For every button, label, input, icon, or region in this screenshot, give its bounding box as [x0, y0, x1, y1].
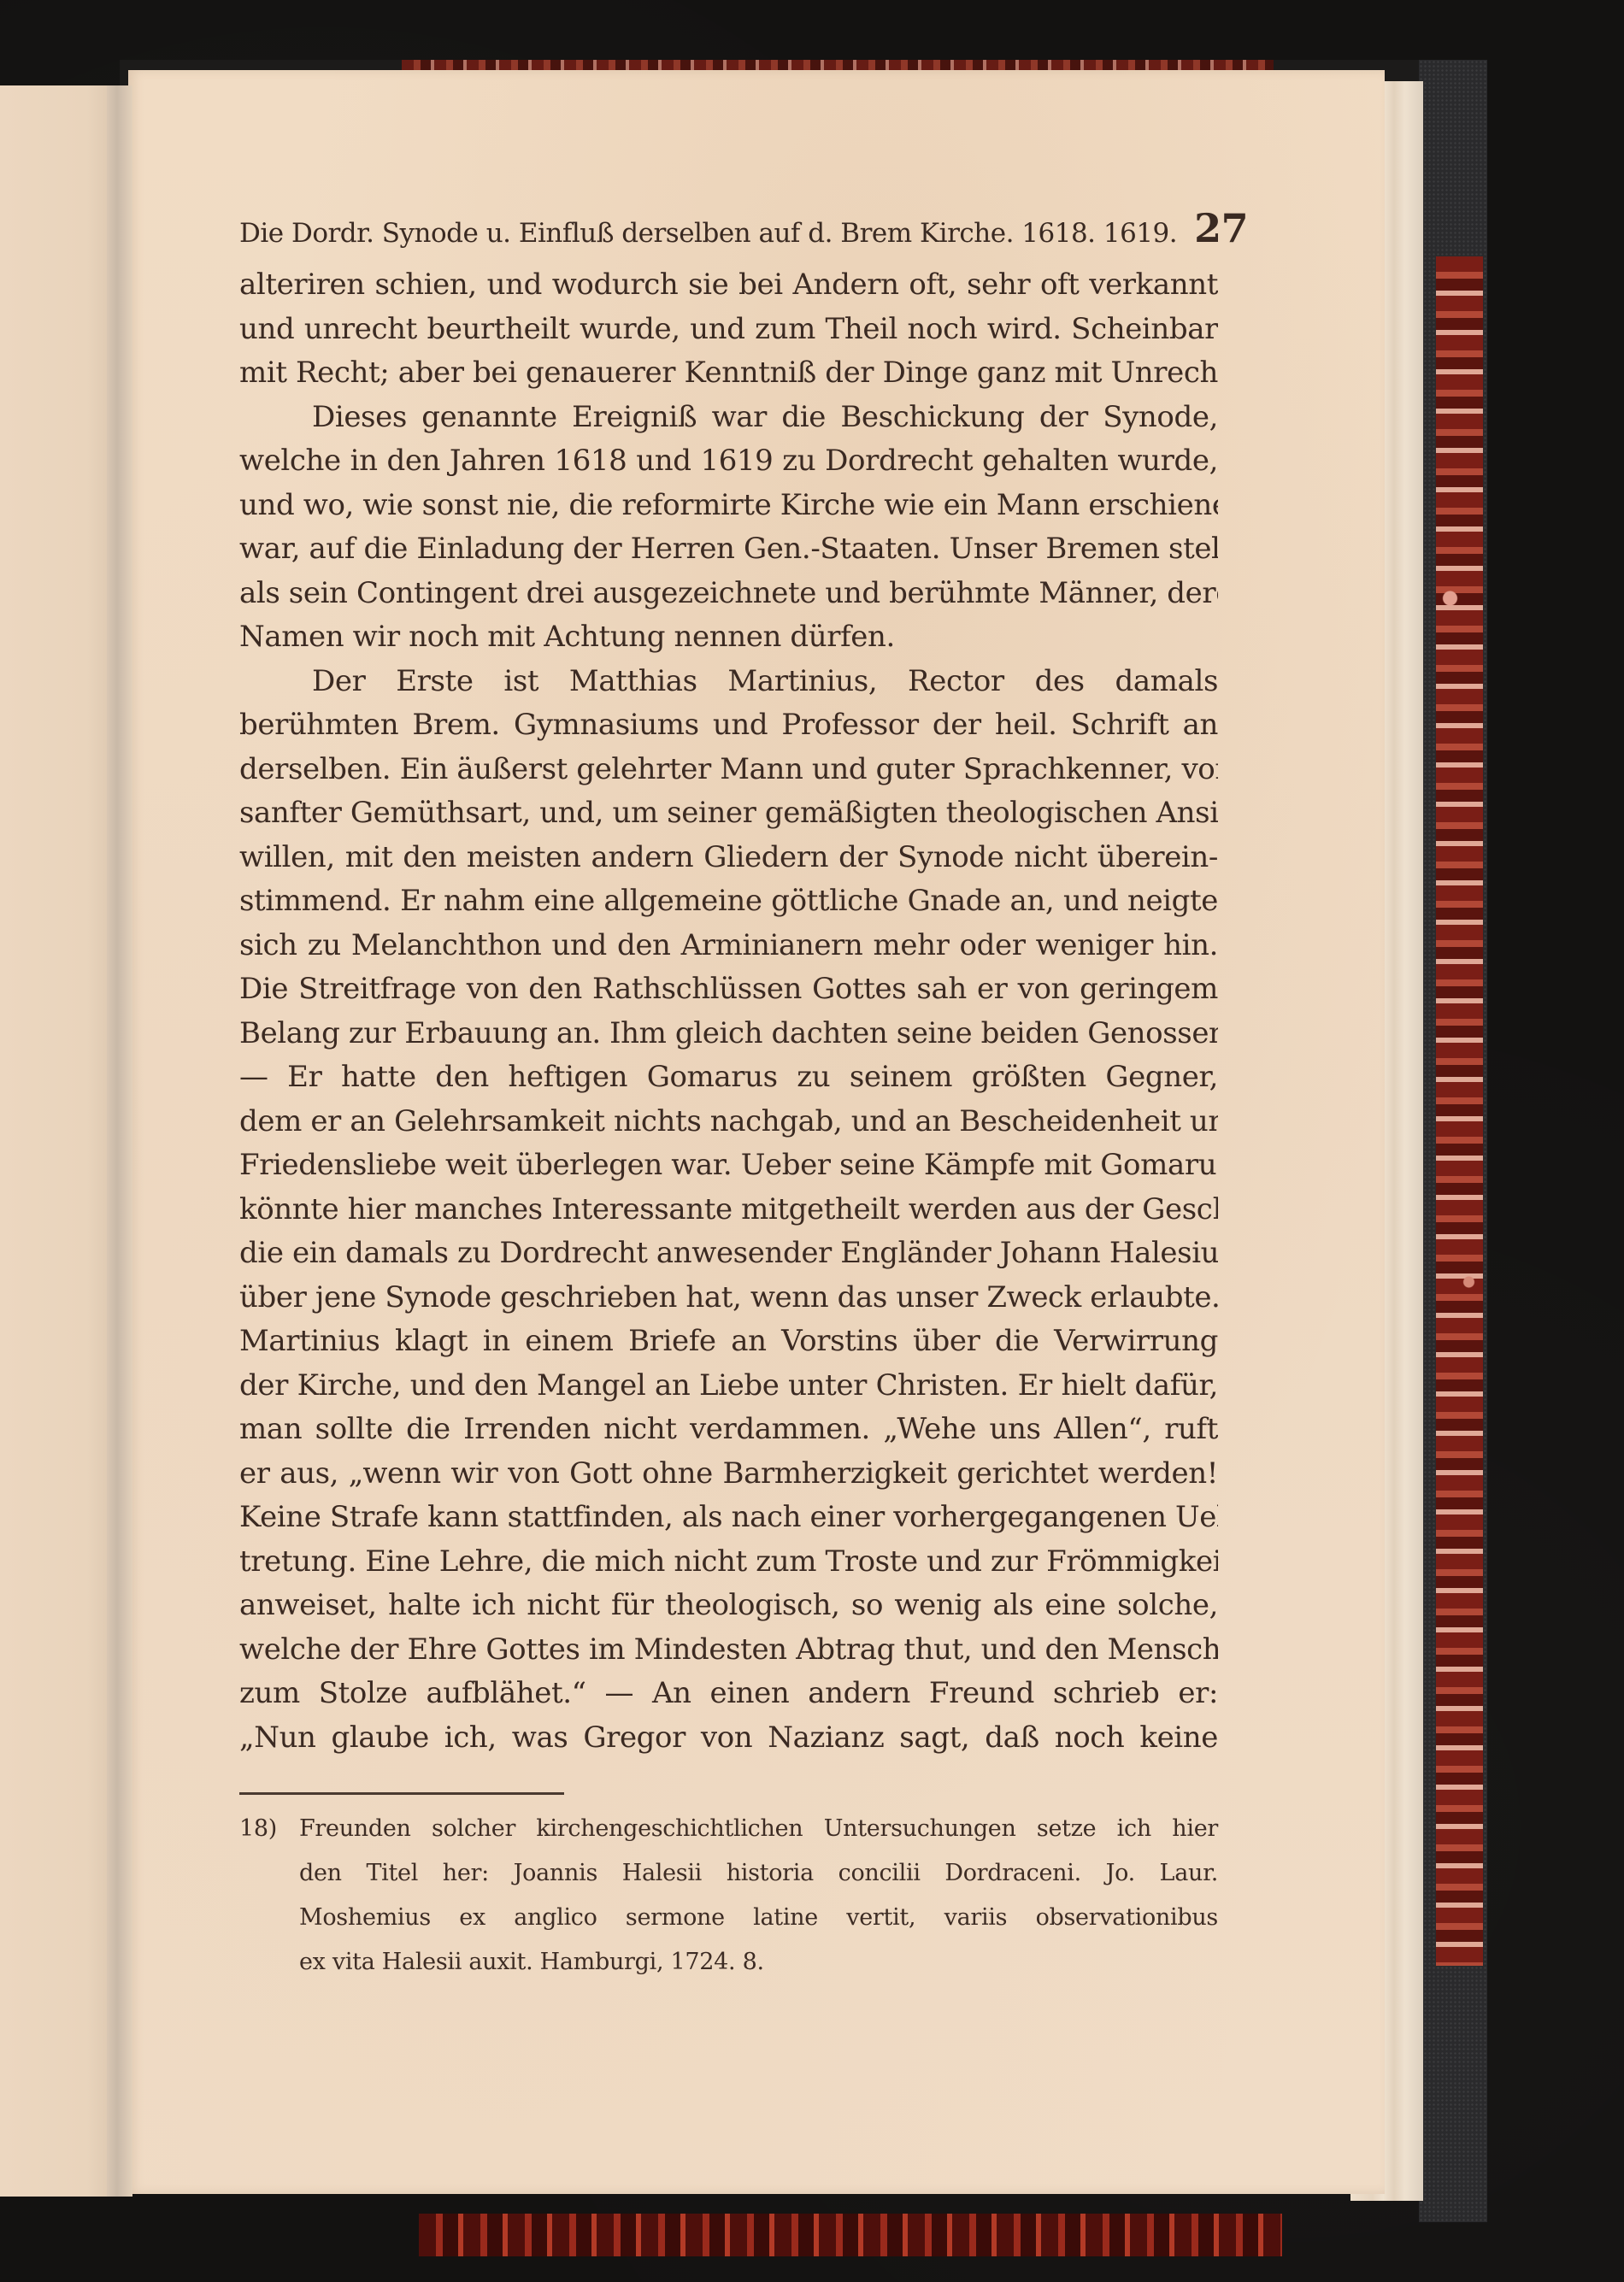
text-line: Namen wir noch mit Achtung nennen dürfen…: [239, 615, 1218, 660]
text-line: Keine Strafe kann stattfinden, als nach …: [239, 1496, 1218, 1540]
footnote-text: Freunden solcher kirchengeschichtlichen …: [299, 1815, 1218, 1842]
text-line: mit Recht; aber bei genauerer Kenntniß d…: [239, 351, 1218, 396]
running-head-title: Die Dordr. Synode u. Einfluß derselben a…: [239, 218, 1177, 249]
text-line: Der Erste ist Matthias Martinius, Rector…: [239, 660, 1218, 704]
text-line-with-footnote-ref: über jene Synode geschrieben hat, wenn d…: [239, 1276, 1218, 1320]
footnote-18: 18)Freunden solcher kirchengeschichtlich…: [239, 1807, 1218, 1985]
footnote-number: 18): [239, 1807, 299, 1851]
text-line: sanfter Gemüthsart, und, um seiner gemäß…: [239, 791, 1218, 836]
text-line: willen, mit den meisten andern Gliedern …: [239, 836, 1218, 880]
marbled-edge-bottom: [419, 2214, 1282, 2256]
page-number: 27: [1194, 205, 1248, 251]
footnote-line: 18)Freunden solcher kirchengeschichtlich…: [239, 1807, 1218, 1851]
left-page-edge: [0, 85, 124, 2197]
footnote-line: ex vita Halesii auxit. Hamburgi, 1724. 8…: [239, 1940, 1218, 1985]
text-line: „Nun glaube ich, was Gregor von Nazianz …: [239, 1716, 1218, 1761]
body-text: alteriren schien, und wodurch sie bei An…: [239, 263, 1218, 1760]
text-line: berühmten Brem. Gymnasiums und Professor…: [239, 703, 1218, 748]
book-gutter: [107, 85, 132, 2197]
text-line: sich zu Melanchthon und den Arminianern …: [239, 924, 1218, 968]
marbled-cover-right: [1436, 256, 1483, 1966]
text-line: Die Streitfrage von den Rathschlüssen Go…: [239, 967, 1218, 1012]
text-line: Dieses genannte Ereigniß war die Beschic…: [239, 396, 1218, 440]
text-line: über jene Synode geschrieben hat, wenn d…: [239, 1280, 1218, 1315]
text-line: Friedensliebe weit überlegen war. Ueber …: [239, 1144, 1218, 1188]
text-line: tretung. Eine Lehre, die mich nicht zum …: [239, 1540, 1218, 1585]
text-line: derselben. Ein äußerst gelehrter Mann un…: [239, 748, 1218, 792]
text-line: man sollte die Irrenden nicht verdammen.…: [239, 1408, 1218, 1452]
text-line: und wo, wie sonst nie, die reformirte Ki…: [239, 484, 1218, 528]
text-line: welche der Ehre Gottes im Mindesten Abtr…: [239, 1628, 1218, 1673]
text-line: alteriren schien, und wodurch sie bei An…: [239, 263, 1218, 308]
page-text-block: Die Dordr. Synode u. Einfluß derselben a…: [239, 205, 1218, 1985]
text-line: Martinius klagt in einem Briefe an Vorst…: [239, 1320, 1218, 1364]
text-line: die ein damals zu Dordrecht anwesender E…: [239, 1232, 1218, 1276]
text-line: dem er an Gelehrsamkeit nichts nachgab, …: [239, 1100, 1218, 1144]
text-line: zum Stolze aufblähet.“ — An einen andern…: [239, 1672, 1218, 1716]
text-line: stimmend. Er nahm eine allgemeine göttli…: [239, 879, 1218, 924]
text-line: könnte hier manches Interessante mitgeth…: [239, 1188, 1218, 1232]
text-line: war, auf die Einladung der Herren Gen.-S…: [239, 527, 1218, 572]
text-line: Belang zur Erbauung an. Ihm gleich dacht…: [239, 1012, 1218, 1056]
text-line: er aus, „wenn wir von Gott ohne Barmherz…: [239, 1452, 1218, 1497]
text-line: und unrecht beurtheilt wurde, und zum Th…: [239, 308, 1218, 352]
text-line: der Kirche, und den Mangel an Liebe unte…: [239, 1364, 1218, 1409]
running-head: Die Dordr. Synode u. Einfluß derselben a…: [239, 205, 1218, 256]
footnote-line: den Titel her: Joannis Halesii historia …: [239, 1851, 1218, 1896]
text-line: anweiset, halte ich nicht für theologisc…: [239, 1584, 1218, 1628]
footnote-line: Moshemius ex anglico sermone latine vert…: [239, 1896, 1218, 1940]
text-line: als sein Contingent drei ausgezeichnete …: [239, 572, 1218, 616]
text-line: welche in den Jahren 1618 und 1619 zu Do…: [239, 439, 1218, 484]
text-line: — Er hatte den heftigen Gomarus zu seine…: [239, 1056, 1218, 1100]
footnote-divider: [239, 1792, 564, 1795]
